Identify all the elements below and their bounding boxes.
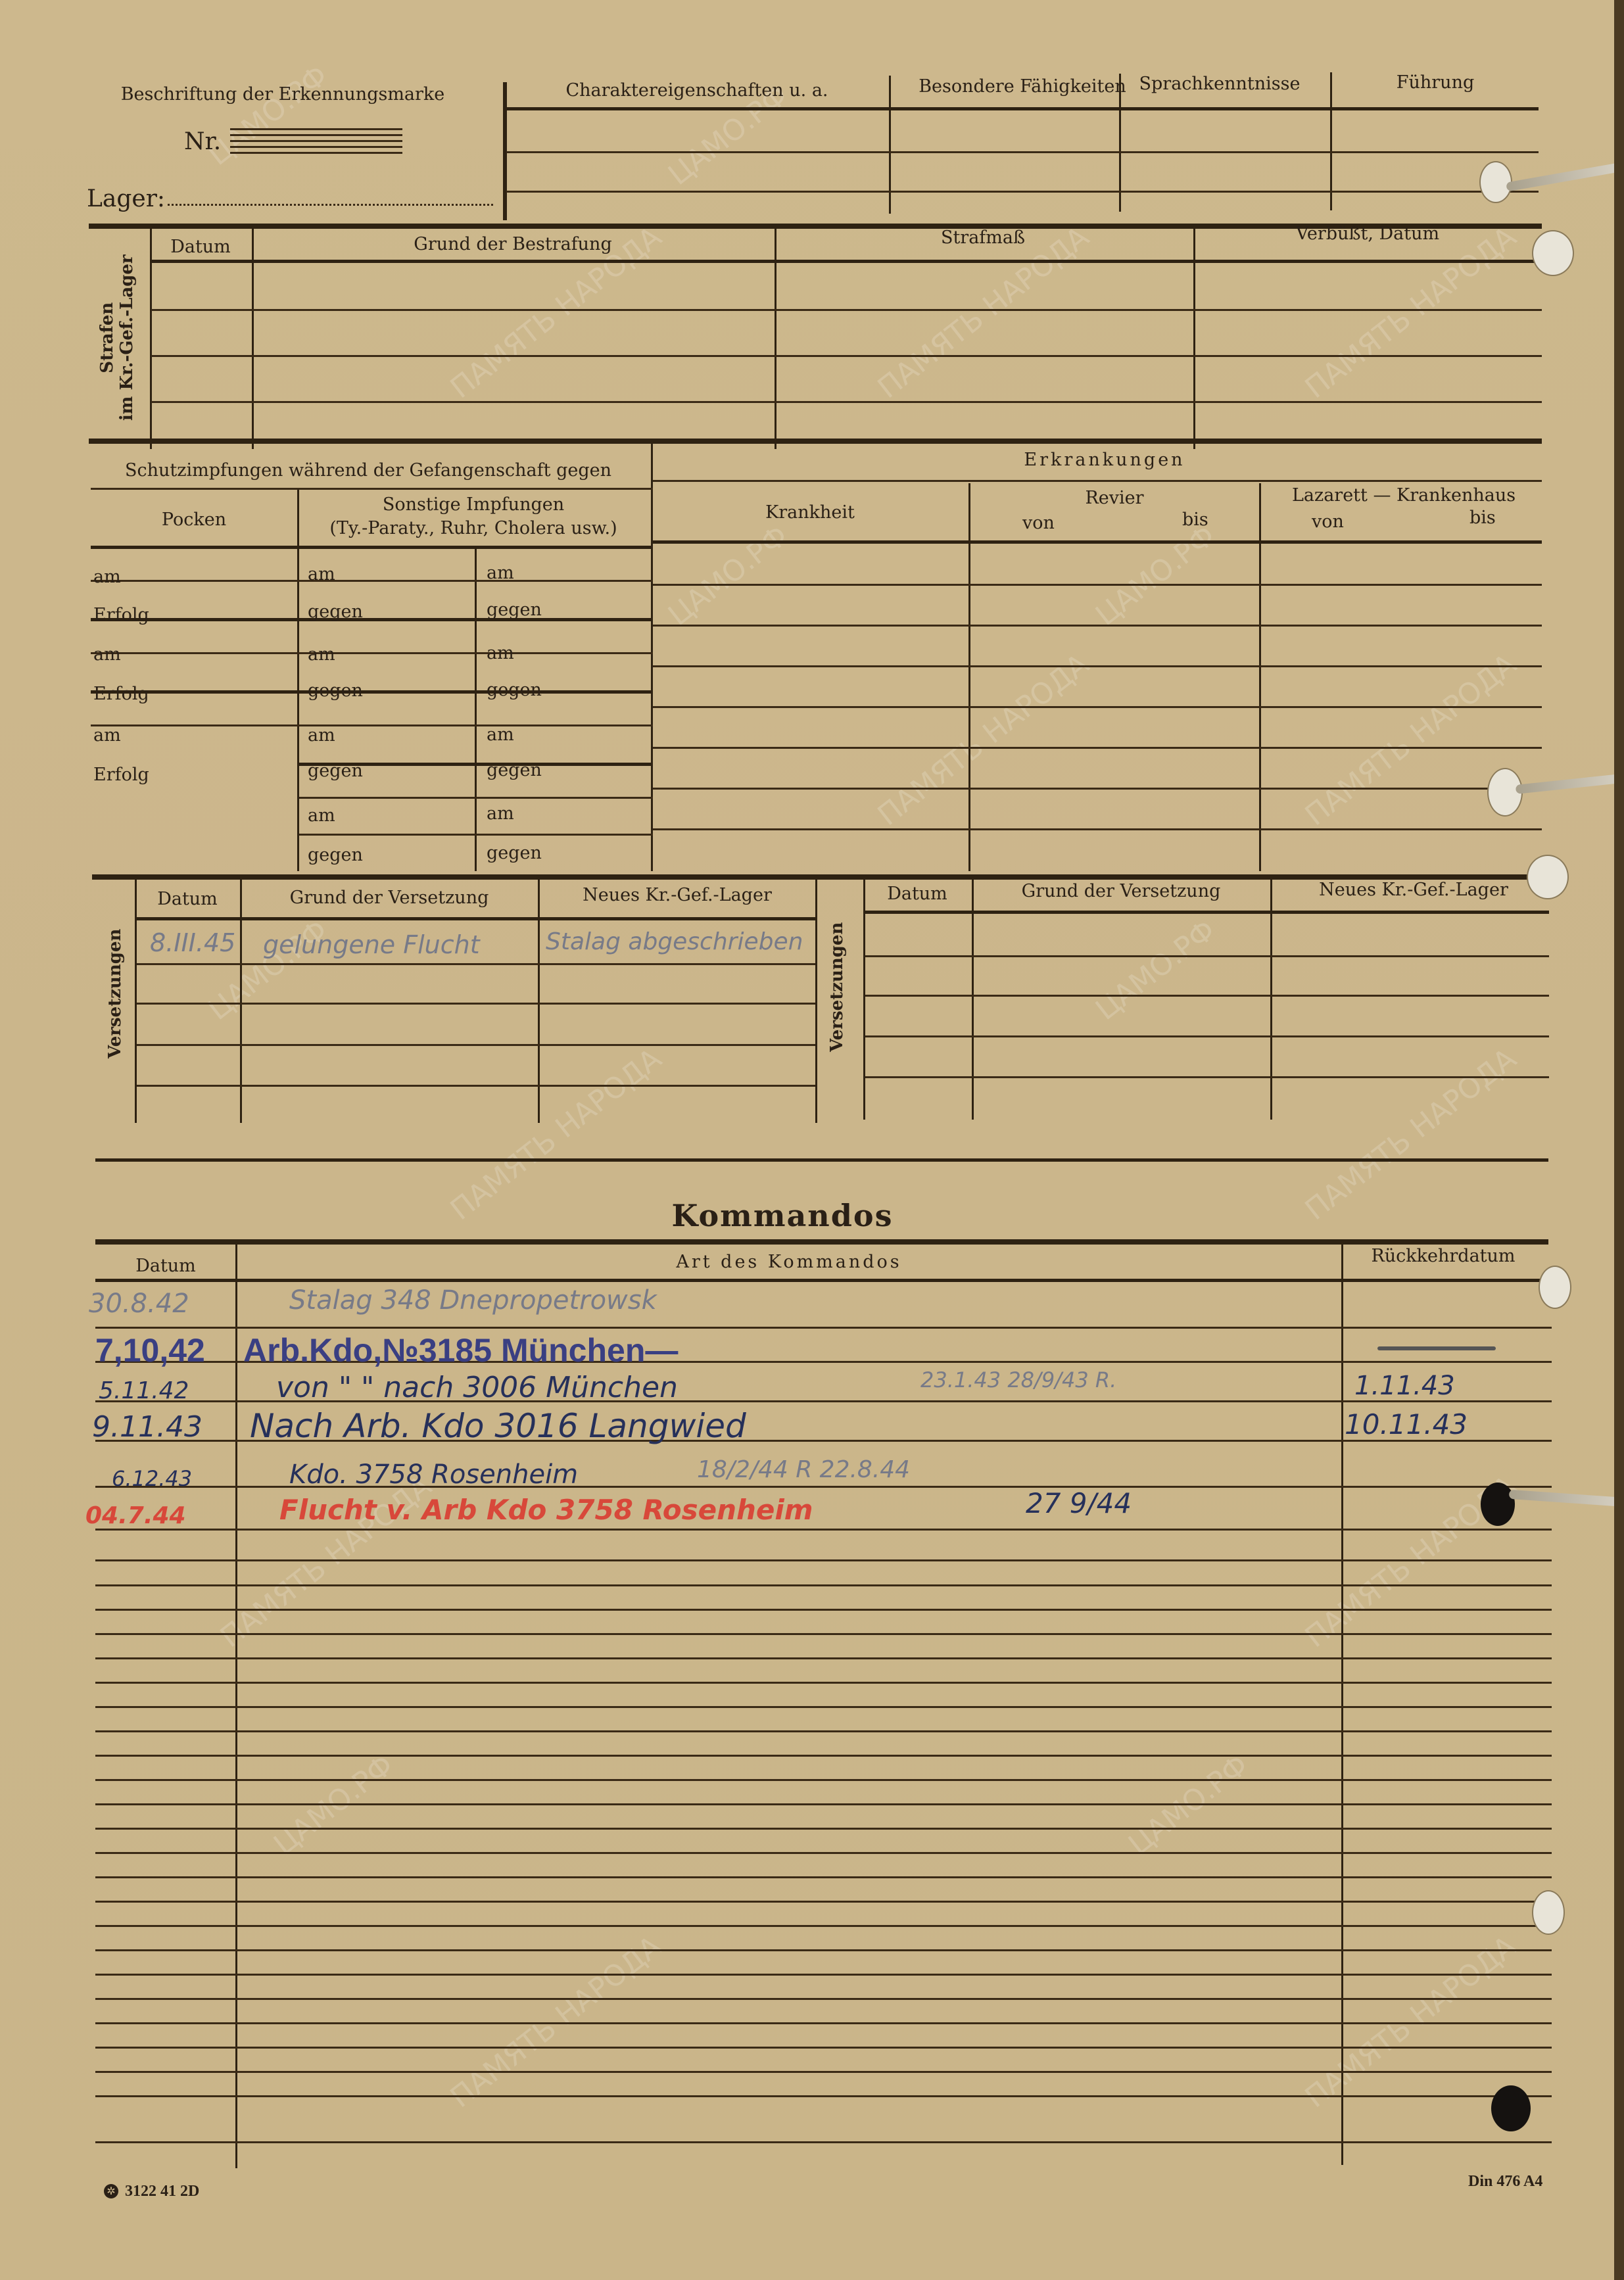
punch-hole bbox=[1532, 230, 1574, 276]
kommando-datum: 9.11.43 bbox=[92, 1410, 203, 1444]
kommando-art: Kdo. 3758 Rosenheim bbox=[289, 1460, 578, 1490]
col-lazarett: Lazarett — Krankenhaus bbox=[1292, 485, 1516, 506]
kommando-rueckkehr: 1.11.43 bbox=[1354, 1371, 1455, 1401]
col-faehigkeiten: Besondere Fähigkeiten bbox=[919, 76, 1126, 97]
kommando-datum: 30.8.42 bbox=[89, 1289, 189, 1319]
col-datum: Datum bbox=[887, 884, 947, 904]
col-revier: Revier bbox=[1085, 488, 1143, 508]
col-neues-lager: Neues Kr.-Gef.-Lager bbox=[583, 885, 772, 905]
punch-hole bbox=[1491, 2085, 1531, 2131]
col-sonstige: Sonstige Impfungen bbox=[383, 494, 564, 515]
vaccinations-input-area[interactable] bbox=[92, 549, 651, 871]
kommando-extra: 27 9/44 bbox=[1026, 1487, 1132, 1519]
col-grund-versetzung: Grund der Versetzung bbox=[1022, 881, 1221, 901]
lazarett-von: von bbox=[1312, 511, 1344, 532]
kommandos-title: Kommandos bbox=[672, 1198, 894, 1233]
lager-field[interactable] bbox=[168, 204, 493, 206]
lager-label: Lager: bbox=[87, 185, 165, 212]
col-grund-bestrafung: Grund der Bestrafung bbox=[414, 234, 611, 254]
col-neues-lager: Neues Kr.-Gef.-Lager bbox=[1319, 880, 1508, 900]
revier-bis: bis bbox=[1182, 510, 1208, 530]
nr-label: Nr. bbox=[184, 128, 221, 155]
col-datum: Datum bbox=[170, 237, 231, 257]
col-strafmass: Strafmaß bbox=[941, 227, 1025, 248]
punch-hole bbox=[1481, 1483, 1515, 1526]
scan-edge bbox=[1614, 0, 1624, 2280]
print-code: 3122 41 2D bbox=[125, 2183, 199, 2200]
kommando-datum: 5.11.42 bbox=[99, 1377, 189, 1404]
kommando-art: Nach Arb. Kdo 3016 Langwied bbox=[250, 1407, 746, 1445]
transfers-right-input-area[interactable] bbox=[865, 914, 1546, 1118]
transfers-side-label-left: Versetzungen bbox=[105, 929, 125, 1058]
kommando-art: Flucht v. Arb Kdo 3758 Rosenheim bbox=[279, 1494, 813, 1526]
col-sonstige-sub: (Ty.-Paraty., Ruhr, Cholera usw.) bbox=[329, 518, 617, 538]
col-charakter: Charaktereigenschaften u. a. bbox=[565, 80, 828, 101]
rueckkehr-dash bbox=[1377, 1346, 1496, 1350]
illnesses-title: Erkrankungen bbox=[1024, 450, 1185, 470]
col-grund-versetzung: Grund der Versetzung bbox=[290, 888, 489, 908]
watermark: ЦАМО.РФ bbox=[202, 59, 334, 172]
col-fuehrung: Führung bbox=[1397, 72, 1474, 93]
kommando-extra: 18/2/44 R 22.8.44 bbox=[697, 1456, 910, 1483]
punch-hole bbox=[1479, 161, 1512, 203]
punch-hole bbox=[1539, 1266, 1571, 1309]
lazarett-bis: bis bbox=[1469, 508, 1496, 528]
punch-hole bbox=[1527, 855, 1569, 899]
kommando-datum: 7,10,42 bbox=[95, 1331, 205, 1369]
record-card: ЦАМО.РФ ЦАМО.РФ ПАМЯТЬ НАРОДА ПАМЯТЬ НАР… bbox=[0, 0, 1614, 2280]
col-verbuesst: Verbüßt, Datum bbox=[1296, 224, 1439, 244]
revier-von: von bbox=[1022, 513, 1055, 533]
punch-hole bbox=[1532, 1890, 1565, 1935]
printer-mark-icon: ✲ bbox=[104, 2184, 118, 2198]
transfers-left-input-area[interactable] bbox=[137, 920, 814, 1121]
kommando-rueckkehr: 10.11.43 bbox=[1345, 1408, 1468, 1440]
col-krankheit: Krankheit bbox=[765, 502, 855, 523]
tag-inscription-label: Beschriftung der Erkennungsmarke bbox=[121, 84, 445, 105]
kommando-art: Stalag 348 Dnepropetrowsk bbox=[289, 1285, 657, 1316]
punishments-input-area[interactable] bbox=[153, 263, 1540, 447]
illnesses-input-area[interactable] bbox=[654, 544, 1539, 870]
col-datum: Datum bbox=[135, 1256, 196, 1276]
col-rueckkehrdatum: Rückkehrdatum bbox=[1371, 1246, 1515, 1266]
binding-string bbox=[1509, 1490, 1624, 1508]
header-input-area[interactable] bbox=[506, 112, 1539, 214]
col-pocken: Pocken bbox=[162, 510, 226, 530]
din-format: Din 476 A4 bbox=[1468, 2173, 1542, 2191]
transfers-side-label-right: Versetzungen bbox=[827, 922, 847, 1052]
col-art-kommandos: Art des Kommandos bbox=[676, 1252, 901, 1272]
kommando-extra: 23.1.43 28/9/43 R. bbox=[920, 1367, 1116, 1392]
col-datum: Datum bbox=[157, 889, 218, 909]
kommandos-input-area[interactable] bbox=[97, 1532, 1547, 2163]
kommando-art: Arb.Kdo,№3185 München— bbox=[243, 1331, 678, 1369]
kommando-art: von " " nach 3006 München bbox=[276, 1371, 678, 1404]
kommando-datum: 6.12.43 bbox=[112, 1466, 192, 1491]
kommando-datum: 04.7.44 bbox=[85, 1502, 186, 1529]
col-sprachkenntnisse: Sprachkenntnisse bbox=[1139, 74, 1301, 94]
vaccinations-title: Schutzimpfungen während der Gefangenscha… bbox=[125, 460, 611, 481]
punishments-side-label: Strafen im Kr.-Gef.-Lager bbox=[97, 254, 137, 421]
